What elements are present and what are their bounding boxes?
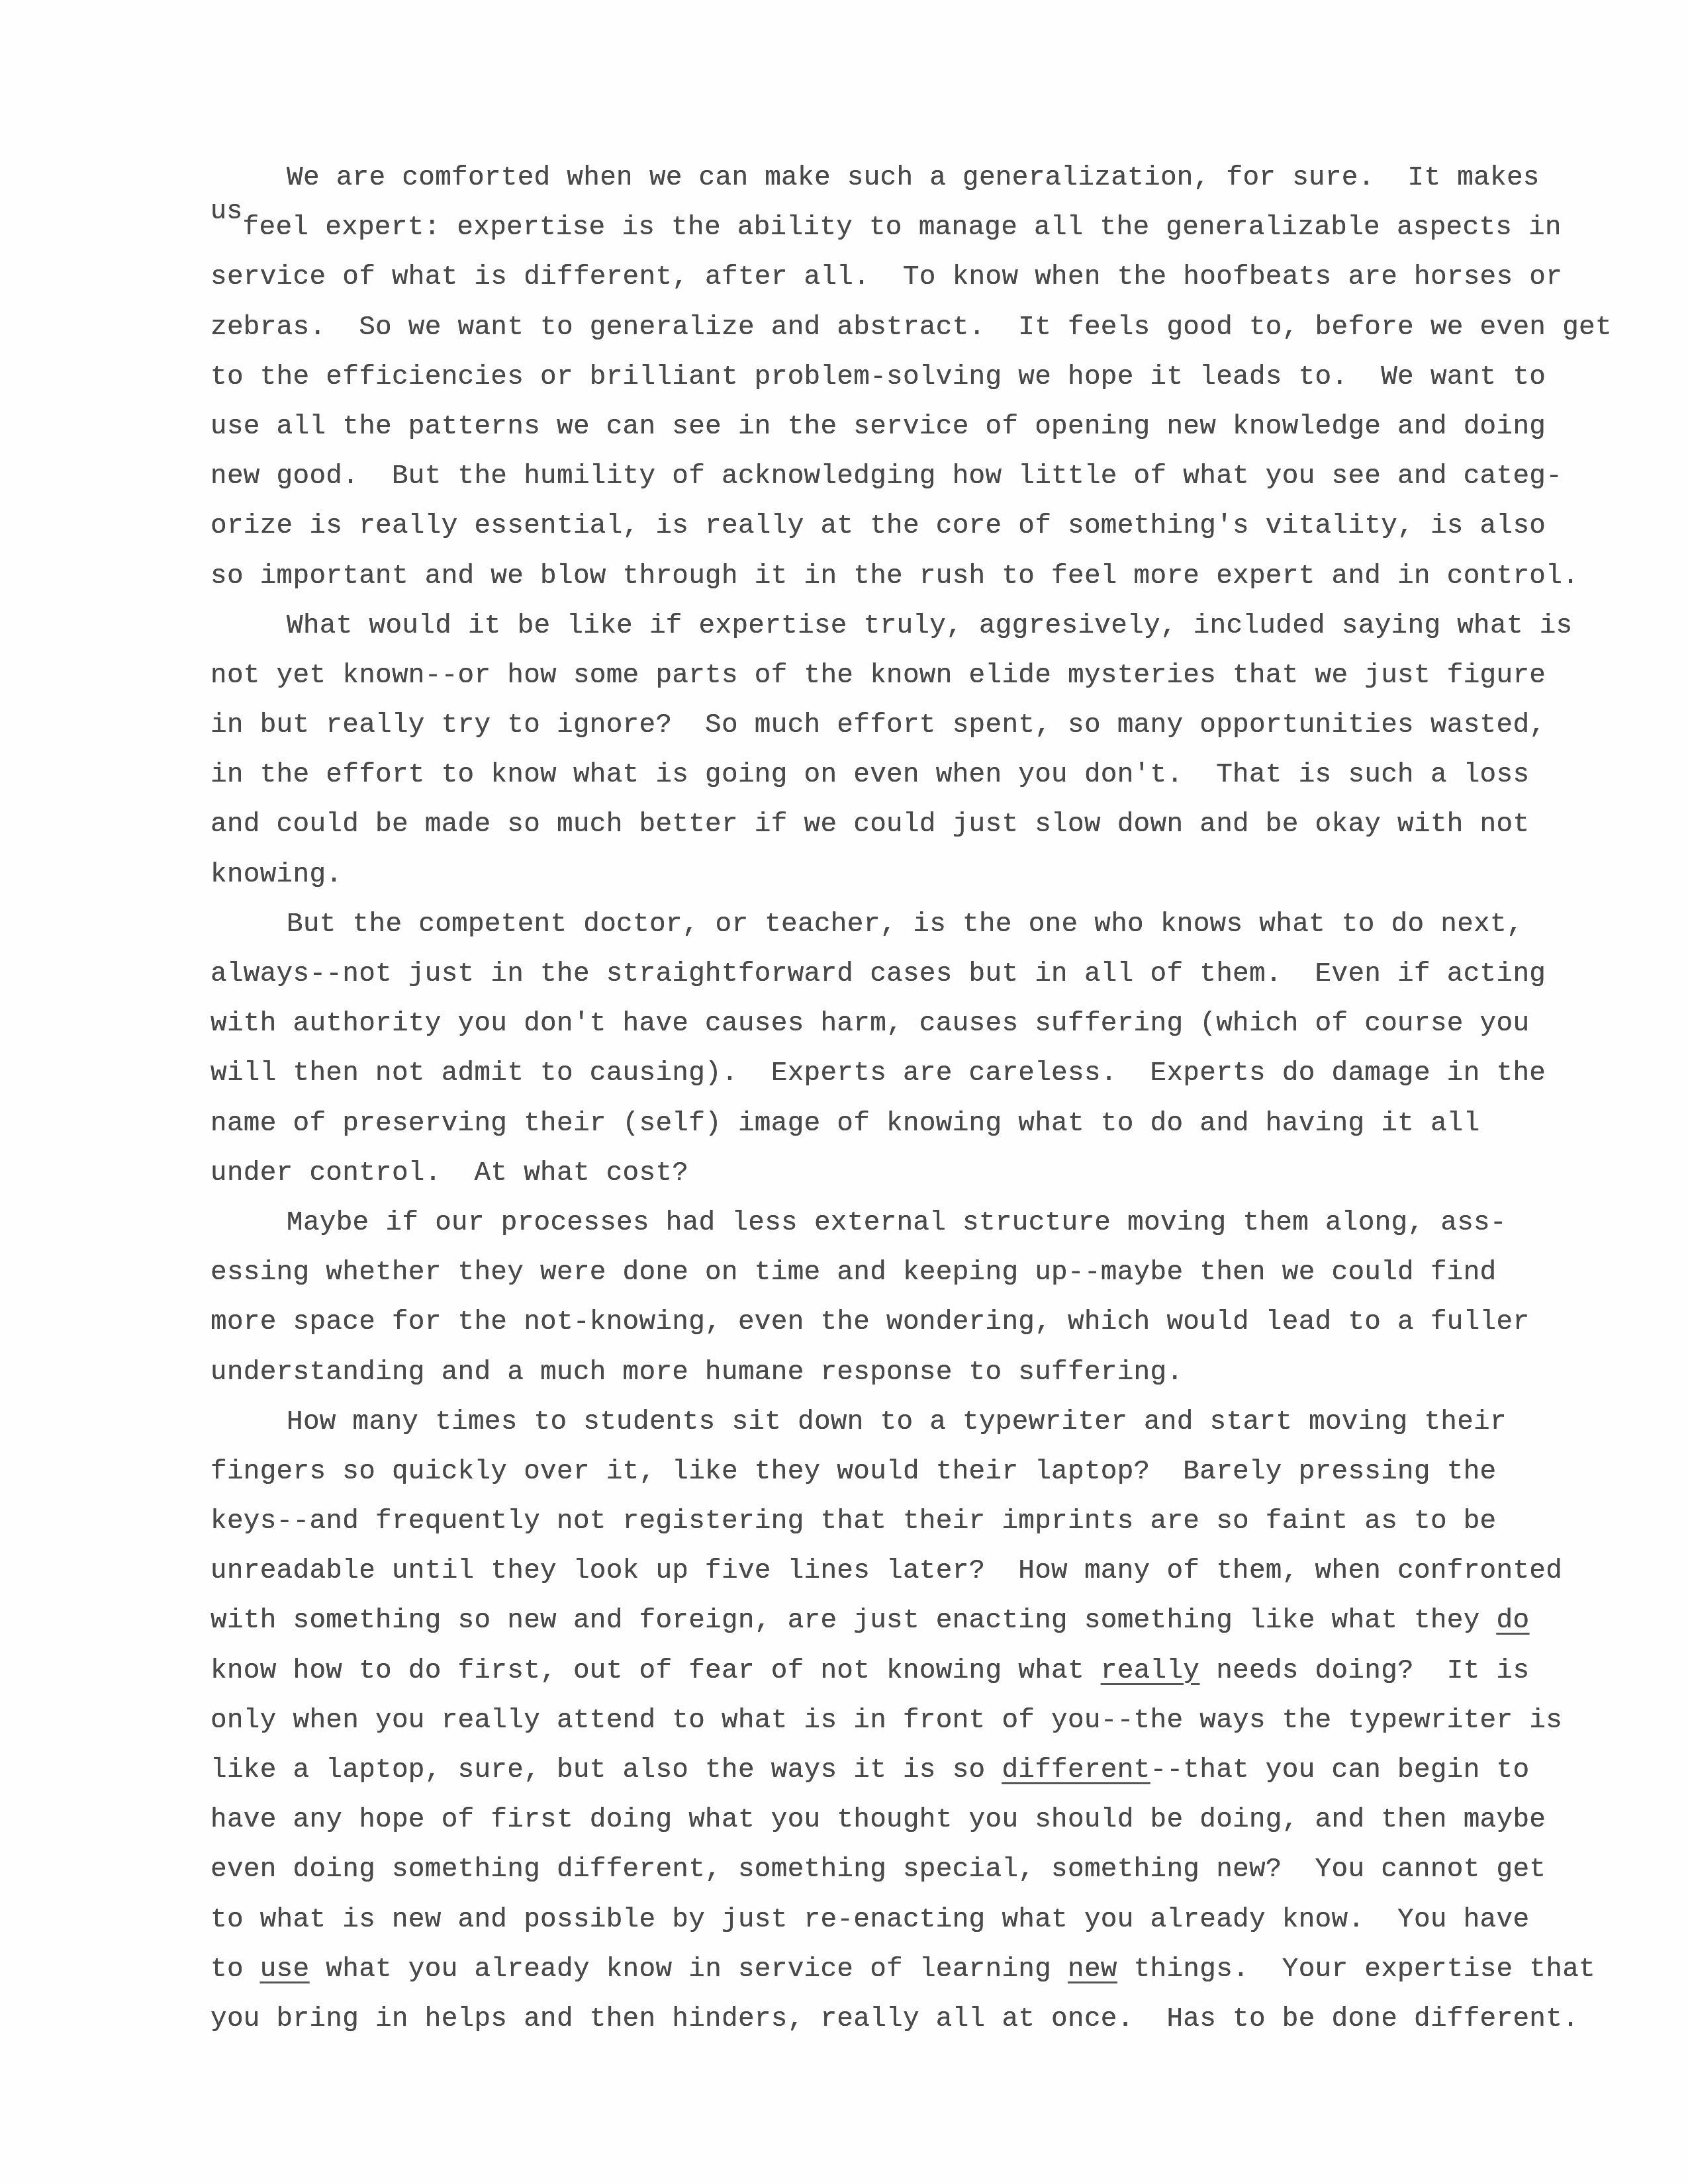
text-run: in the effort to know what is going on e…	[211, 760, 1529, 790]
text-line: even doing something different, somethin…	[211, 1845, 1601, 1895]
text-line: not yet known--or how some parts of the …	[211, 651, 1601, 701]
text-run: to the efficiencies or brilliant problem…	[211, 362, 1546, 392]
text-run: under control. At what cost?	[211, 1158, 688, 1189]
text-line: understanding and a much more humane res…	[211, 1348, 1601, 1398]
text-line: What would it be like if expertise truly…	[211, 602, 1601, 651]
text-run: to	[211, 1954, 260, 1985]
text-run: will then not admit to causing). Experts…	[211, 1058, 1546, 1089]
text-line: with something so new and foreign, are j…	[211, 1596, 1601, 1646]
text-line: more space for the not-knowing, even the…	[211, 1298, 1601, 1347]
text-line: name of preserving their (self) image of…	[211, 1099, 1601, 1149]
text-line: knowing.	[211, 850, 1601, 900]
text-line: under control. At what cost?	[211, 1149, 1601, 1199]
text-run: name of preserving their (self) image of…	[211, 1109, 1480, 1139]
text-run: more space for the not-knowing, even the…	[211, 1307, 1529, 1338]
text-line: keys--and frequently not registering tha…	[211, 1497, 1601, 1547]
text-run: with authority you don't have causes har…	[211, 1009, 1529, 1039]
text-run: use all the patterns we can see in the s…	[211, 412, 1546, 442]
text-line: like a laptop, sure, but also the ways i…	[211, 1746, 1601, 1796]
text-line: unreadable until they look up five lines…	[211, 1547, 1601, 1596]
text-line: so important and we blow through it in t…	[211, 552, 1601, 602]
text-run: you bring in helps and then hinders, rea…	[211, 2004, 1579, 2034]
text-run: fingers so quickly over it, like they wo…	[211, 1457, 1497, 1487]
text-run: unreadable until they look up five lines…	[211, 1556, 1562, 1586]
text-run: like a laptop, sure, but also the ways i…	[211, 1755, 1002, 1786]
text-run: and could be made so much better if we c…	[211, 809, 1529, 840]
text-line: with authority you don't have causes har…	[211, 999, 1601, 1049]
text-run: feel expert: expertise is the ability to…	[243, 212, 1562, 243]
text-line: zebras. So we want to generalize and abs…	[211, 303, 1601, 353]
text-line: But the competent doctor, or teacher, is…	[211, 900, 1601, 950]
text-line: How many times to students sit down to a…	[211, 1398, 1601, 1447]
text-run: understanding and a much more humane res…	[211, 1357, 1183, 1388]
text-run: knowing.	[211, 860, 342, 890]
paragraph: What would it be like if expertise truly…	[211, 602, 1601, 900]
underlined-word: use	[260, 1954, 310, 1985]
text-line: you bring in helps and then hinders, rea…	[211, 1995, 1601, 2044]
text-run: know how to do first, out of fear of not…	[211, 1656, 1101, 1686]
text-line: usfeel expert: expertise is the ability …	[211, 203, 1601, 253]
text-run: things. Your expertise that	[1117, 1954, 1595, 1985]
paragraph: How many times to students sit down to a…	[211, 1398, 1601, 2044]
text-line: to what is new and possible by just re-e…	[211, 1895, 1601, 1945]
text-line: service of what is different, after all.…	[211, 253, 1601, 302]
text-run: even doing something different, somethin…	[211, 1854, 1546, 1885]
text-run: What would it be like if expertise truly…	[287, 611, 1573, 641]
text-line: essing whether they were done on time an…	[211, 1248, 1601, 1298]
text-line: in but really try to ignore? So much eff…	[211, 701, 1601, 751]
text-run: new good. But the humility of acknowledg…	[211, 461, 1562, 492]
document-body: We are comforted when we can make such a…	[211, 154, 1601, 2044]
paragraph: But the competent doctor, or teacher, is…	[211, 900, 1601, 1199]
text-line: in the effort to know what is going on e…	[211, 751, 1601, 800]
text-line: will then not admit to causing). Experts…	[211, 1049, 1601, 1099]
text-line: know how to do first, out of fear of not…	[211, 1647, 1601, 1696]
text-run: to what is new and possible by just re-e…	[211, 1905, 1529, 1935]
text-run: zebras. So we want to generalize and abs…	[211, 312, 1612, 343]
text-line: and could be made so much better if we c…	[211, 800, 1601, 850]
text-run: only when you really attend to what is i…	[211, 1706, 1562, 1736]
text-run: But the competent doctor, or teacher, is…	[287, 909, 1523, 940]
underlined-word: do	[1497, 1606, 1530, 1636]
text-run: Maybe if our processes had less external…	[287, 1208, 1507, 1238]
text-run: with something so new and foreign, are j…	[211, 1606, 1497, 1636]
superscript-insertion: us	[211, 187, 243, 237]
text-run: orize is really essential, is really at …	[211, 511, 1546, 541]
text-run: --that you can begin to	[1150, 1755, 1530, 1786]
text-run: have any hope of first doing what you th…	[211, 1805, 1546, 1835]
text-line: new good. But the humility of acknowledg…	[211, 452, 1601, 502]
text-run: not yet known--or how some parts of the …	[211, 660, 1546, 691]
text-run: what you already know in service of lear…	[309, 1954, 1068, 1985]
underlined-word: really	[1101, 1656, 1199, 1686]
text-run: How many times to students sit down to a…	[287, 1407, 1507, 1437]
typewritten-page: We are comforted when we can make such a…	[0, 0, 1688, 2184]
text-line: Maybe if our processes had less external…	[211, 1199, 1601, 1248]
text-line: fingers so quickly over it, like they wo…	[211, 1447, 1601, 1497]
text-run: so important and we blow through it in t…	[211, 561, 1579, 592]
text-line: only when you really attend to what is i…	[211, 1696, 1601, 1746]
paragraph: We are comforted when we can make such a…	[211, 154, 1601, 602]
text-run: service of what is different, after all.…	[211, 262, 1562, 293]
text-run: keys--and frequently not registering tha…	[211, 1506, 1497, 1537]
text-line: always--not just in the straightforward …	[211, 950, 1601, 999]
paragraph: Maybe if our processes had less external…	[211, 1199, 1601, 1398]
text-line: orize is really essential, is really at …	[211, 502, 1601, 551]
underlined-word: different	[1002, 1755, 1150, 1786]
text-line: have any hope of first doing what you th…	[211, 1796, 1601, 1845]
text-run: always--not just in the straightforward …	[211, 959, 1546, 989]
text-line: to use what you already know in service …	[211, 1945, 1601, 1995]
text-line: use all the patterns we can see in the s…	[211, 402, 1601, 452]
underlined-word: new	[1068, 1954, 1117, 1985]
text-run: in but really try to ignore? So much eff…	[211, 710, 1546, 741]
text-run: needs doing? It is	[1199, 1656, 1529, 1686]
text-line: We are comforted when we can make such a…	[211, 154, 1601, 203]
text-run: essing whether they were done on time an…	[211, 1257, 1497, 1288]
text-line: to the efficiencies or brilliant problem…	[211, 353, 1601, 402]
text-run: We are comforted when we can make such a…	[287, 163, 1540, 193]
